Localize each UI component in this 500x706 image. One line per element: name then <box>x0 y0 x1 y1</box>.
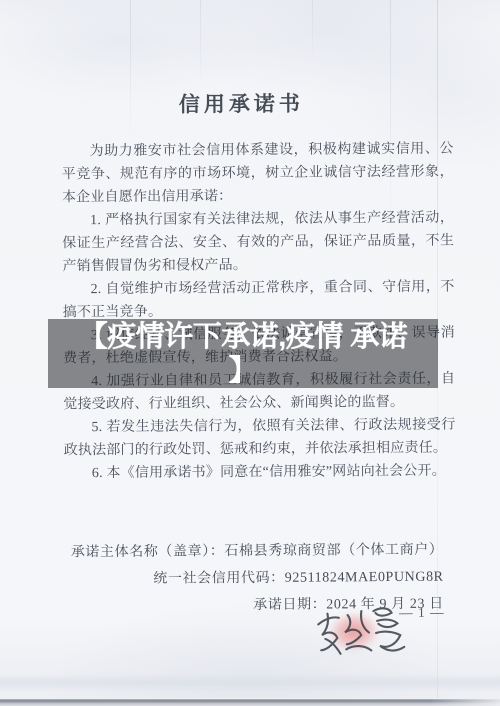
handwritten-signature-strokes <box>312 600 408 665</box>
document-body: 为助力雅安市社会信用体系建设，积极构建诚实信用、公平竞争、规范有序的市场环境，树… <box>62 138 456 486</box>
caption-text-line2: 】 <box>228 355 257 387</box>
credit-code-line: 统一社会信用代码：92511824MAE0PUNG8R <box>71 564 444 594</box>
caption-text-line1: 【疫情许下承诺,疫情 承诺 <box>79 320 408 355</box>
document-title: 信用承诺书 <box>0 86 484 119</box>
commitment-item-2: 2. 自觉维护市场经营活动正常秩序，重合同、守信用，不搞不正当竞争。 <box>62 276 454 325</box>
scanned-document-page: 信用承诺书 为助力雅安市社会信用体系建设，积极构建诚实信用、公平竞争、规范有序的… <box>0 0 500 706</box>
commitment-item-6: 6. 本《信用承诺书》同意在“信用雅安”网站向社会公开。 <box>64 460 456 486</box>
intro-paragraph: 为助力雅安市社会信用体系建设，积极构建诚实信用、公平竞争、规范有序的市场环境，树… <box>62 138 454 210</box>
caption-banner: 【疫情许下承诺,疫情 承诺 】 <box>48 319 438 388</box>
commitment-item-5: 5. 若发生违法失信行为，依照有关法律、行政法规接受行政执法部门的行政处罚、惩戒… <box>63 414 455 463</box>
subject-name-line: 承诺主体名称（盖章）：石棉县秀琼商贸部（个体工商户） <box>71 537 444 567</box>
signature-handwriting <box>312 600 408 665</box>
commitment-item-1: 1. 严格执行国家有关法律法规，依法从事生产经营活动，保证生产经营合法、安全、有… <box>62 207 454 279</box>
